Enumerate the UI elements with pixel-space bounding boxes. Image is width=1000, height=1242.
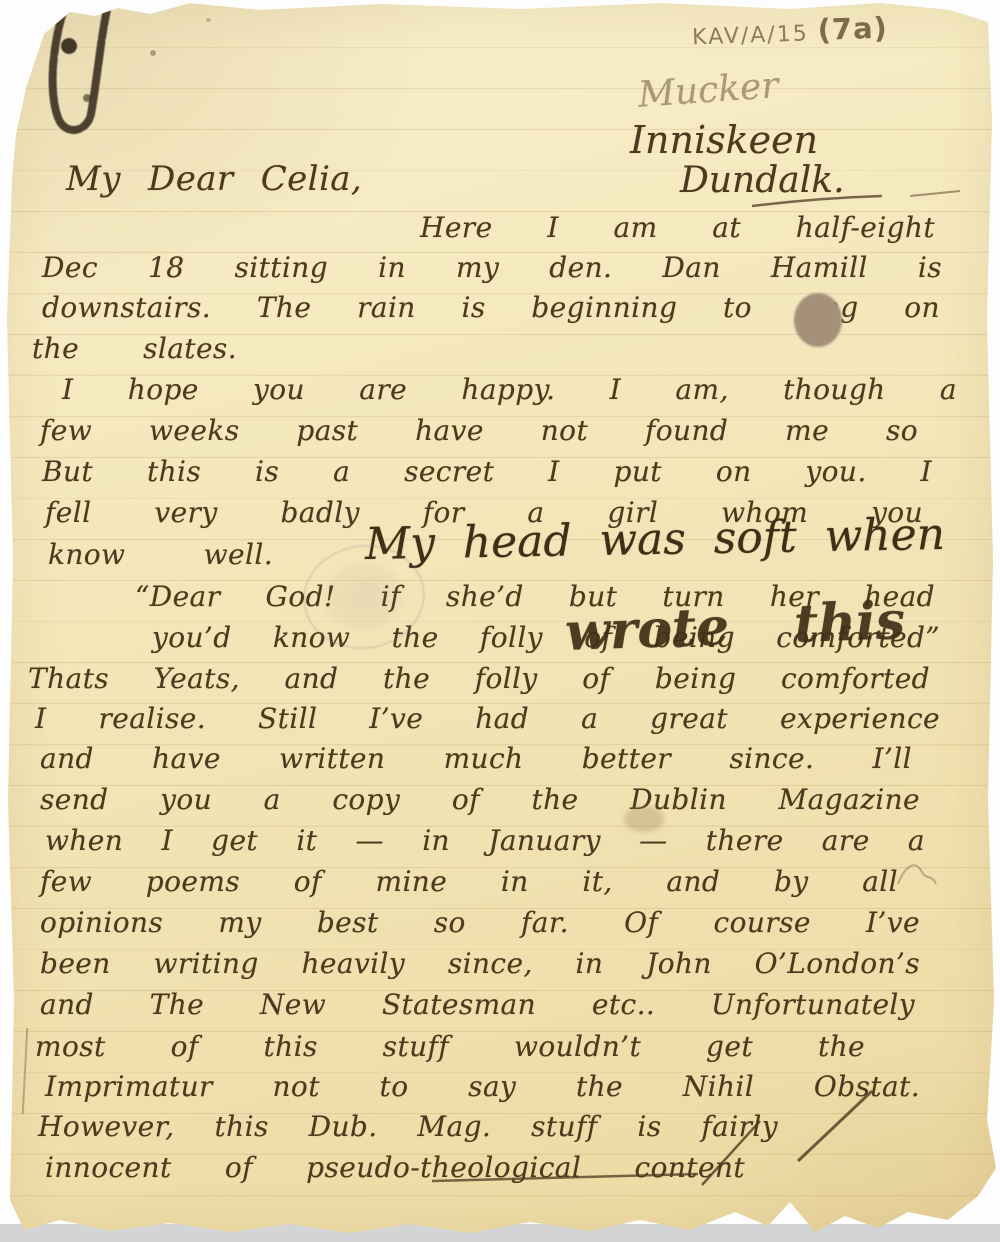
letter-line: know well.: [48, 539, 273, 571]
letter-scan: KAV/A/15 (7a) Mucker Inniskeen Dundalk. …: [0, 0, 1000, 1242]
letter-line: most of this stuff wouldn’t get the: [35, 1031, 865, 1063]
archival-reference-code: KAV/A/15: [692, 21, 809, 50]
overwritten-phrase-head-soft: My head was soft when: [365, 509, 946, 570]
underline-content: [432, 1174, 698, 1181]
letter-line: the slates.: [32, 333, 237, 365]
letter-line: Thats Yeats, and the folly of being comf…: [28, 663, 930, 695]
letter-line: when I get it — in January — there are a: [45, 825, 925, 857]
ink-blot: [794, 293, 842, 347]
letter-line: I realise. Still I’ve had a great experi…: [35, 703, 940, 735]
letter-line: I hope you are happy. I am, though a: [62, 374, 957, 406]
letter-line: few weeks past have not found me so: [40, 415, 918, 447]
letter-line: opinions my best so far. Of course I’ve: [40, 907, 920, 939]
address-line-mucker: Mucker: [637, 65, 780, 116]
pencil-squiggle: [896, 858, 942, 894]
address-line-inniskeen: Inniskeen: [630, 118, 818, 162]
slash-after-fairly: [798, 1091, 872, 1161]
ink-smudge: [624, 806, 664, 832]
rust-dot: [150, 50, 156, 56]
pencil-margin-stroke: [22, 1028, 28, 1114]
letter-line: been writing heavily since, in John O’Lo…: [40, 948, 920, 980]
letter-line: But this is a secret I put on you. I: [42, 456, 932, 488]
letter-line: Here I am at half-eight: [420, 212, 935, 244]
letter-line: few poems of mine in it, and by all: [40, 866, 898, 898]
slash-after-content: [702, 1121, 760, 1185]
letter-line: and The New Statesman etc.. Unfortunatel…: [40, 989, 915, 1021]
underline-flourish-dundalk: [748, 188, 968, 212]
letter-page: KAV/A/15 (7a) Mucker Inniskeen Dundalk. …: [0, 0, 1000, 1242]
letter-line: and have written much better since. I’ll: [40, 743, 912, 775]
rust-dot: [206, 18, 211, 22]
overwritten-phrase-wrote-this: wrote this: [564, 590, 906, 663]
salutation: My Dear Celia,: [66, 160, 362, 199]
letter-line: send you a copy of the Dublin Magazine: [40, 784, 920, 816]
paperclip-rust-stain: [35, 2, 135, 142]
archival-reference: KAV/A/15 (7a): [691, 11, 888, 52]
letter-line: Dec 18 sitting in my den. Dan Hamill is: [42, 252, 942, 284]
pen-flourishes: [430, 1085, 880, 1195]
archival-reference-item: (7a): [817, 11, 888, 47]
